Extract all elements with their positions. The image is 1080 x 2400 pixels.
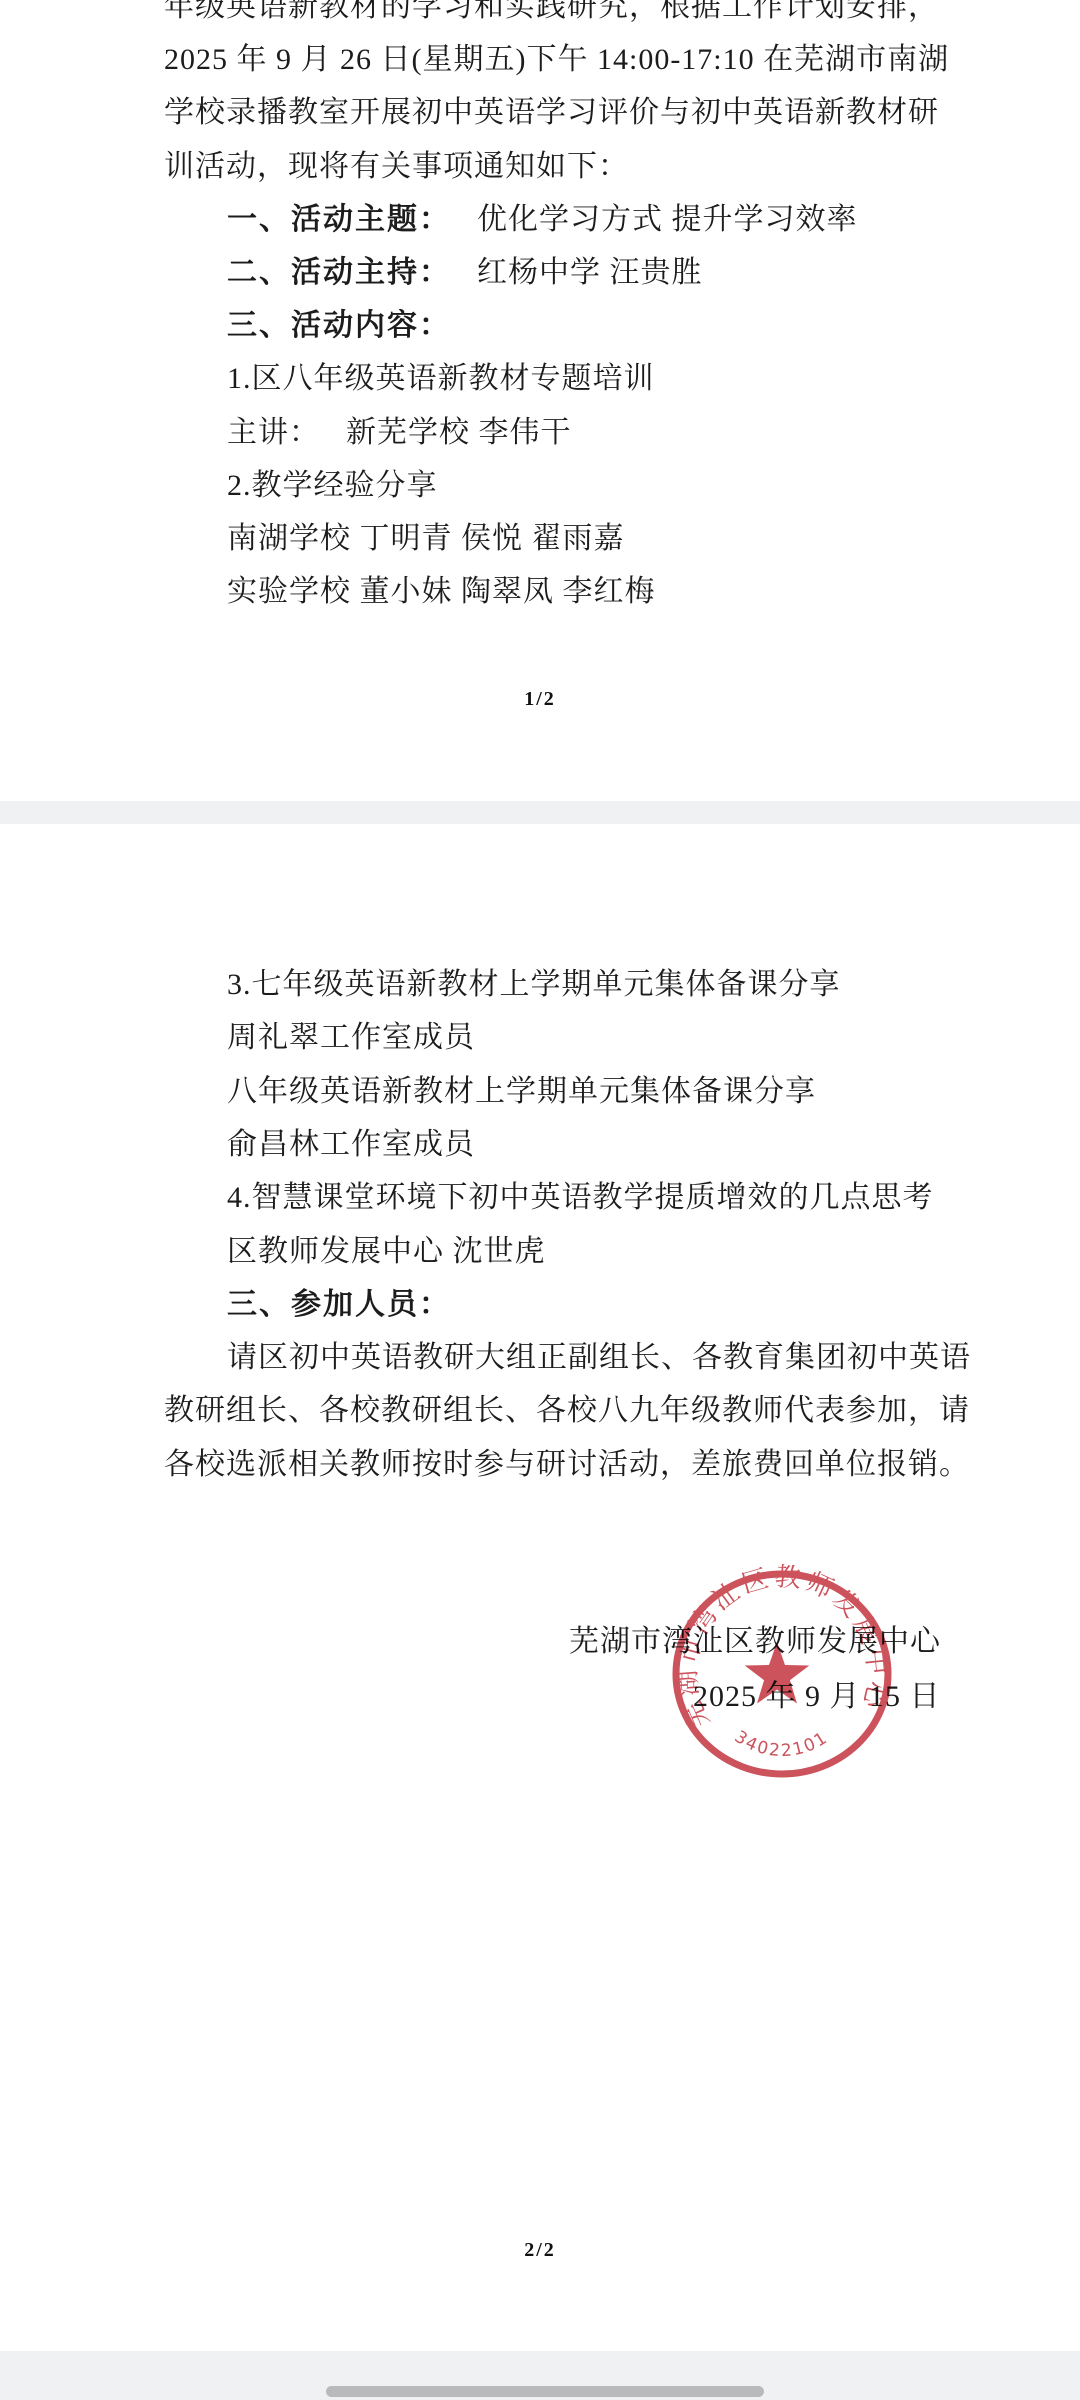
document-line: 请区初中英语教研大组正副组长、各教育集团初中英语 [227, 1331, 971, 1385]
document-line: 二、活动主持：红杨中学 汪贵胜 [227, 246, 703, 300]
document-text: 4.智慧课堂环境下初中英语教学提质增效的几点思考 [227, 1181, 934, 1214]
official-seal-stamp: 芜湖市湾沚区教师发展中心 3402210162633 [662, 1559, 902, 1789]
document-line: 年级英语新教材的学习和实践研究，根据工作计划安排， [164, 0, 939, 34]
document-text-bold: 二、活动主持： [227, 256, 451, 289]
page-1: 年级英语新教材的学习和实践研究，根据工作计划安排，2025 年 9 月 26 日… [0, 0, 1080, 801]
document-text: 2025 年 9 月 26 日(星期五)下午 14:00-17:10 在芜湖市南… [164, 43, 949, 76]
page-2: 3.七年级英语新教材上学期单元集体备课分享周礼翠工作室成员八年级英语新教材上学期… [0, 824, 1080, 2351]
document-text: 教研组长、各校教研组长、各校八九年级教师代表参加，请 [164, 1394, 970, 1427]
document-text: 南湖学校 丁明青 侯悦 翟雨嘉 [227, 522, 625, 555]
document-text: 主讲： [227, 416, 320, 449]
document-text: 各校选派相关教师按时参与研讨活动，差旅费回单位报销。 [164, 1448, 970, 1481]
document-text: 请区初中英语教研大组正副组长、各教育集团初中英语 [227, 1341, 971, 1374]
document-line: 主讲：新芜学校 李伟干 [227, 406, 572, 460]
document-line: 实验学校 董小妹 陶翠凤 李红梅 [227, 565, 656, 619]
document-text-bold: 三、参加人员： [227, 1288, 451, 1321]
document-line: 3.七年级英语新教材上学期单元集体备课分享 [227, 958, 841, 1012]
document-line: 三、活动内容： [227, 299, 451, 353]
document-text-bold: 三、活动内容： [227, 309, 451, 342]
document-text: 周礼翠工作室成员 [227, 1021, 475, 1054]
document-text: 八年级英语新教材上学期单元集体备课分享 [227, 1075, 816, 1108]
document-line: 南湖学校 丁明青 侯悦 翟雨嘉 [227, 512, 625, 566]
document-line: 教研组长、各校教研组长、各校八九年级教师代表参加，请 [164, 1384, 970, 1438]
document-text-bold: 一、活动主题： [227, 203, 451, 236]
seal-star-icon [745, 1642, 810, 1704]
document-line: 2025 年 9 月 26 日(星期五)下午 14:00-17:10 在芜湖市南… [164, 33, 949, 87]
home-indicator[interactable] [326, 2386, 764, 2397]
seal-ring-text: 芜湖市湾沚区教师发展中心 [672, 1562, 892, 1733]
document-text: 新芜学校 李伟干 [346, 416, 572, 449]
document-text: 3.七年级英语新教材上学期单元集体备课分享 [227, 968, 841, 1001]
document-text: 学校录播教室开展初中英语学习评价与初中英语新教材研 [164, 96, 939, 129]
document-text: 红杨中学 汪贵胜 [477, 256, 703, 289]
document-text: 优化学习方式 提升学习效率 [477, 203, 858, 236]
document-line: 2.教学经验分享 [227, 459, 438, 513]
document-line: 三、参加人员： [227, 1278, 451, 1332]
document-line: 周礼翠工作室成员 [227, 1011, 475, 1065]
document-line: 学校录播教室开展初中英语学习评价与初中英语新教材研 [164, 86, 939, 140]
document-text: 1.区八年级英语新教材专题培训 [227, 362, 655, 395]
page-number: 1/2 [0, 688, 1080, 711]
document-text: 2.教学经验分享 [227, 469, 438, 502]
document-line: 区教师发展中心 沈世虎 [227, 1225, 546, 1279]
document-text: 区教师发展中心 沈世虎 [227, 1235, 546, 1268]
document-line: 1.区八年级英语新教材专题培训 [227, 352, 655, 406]
document-line: 4.智慧课堂环境下初中英语教学提质增效的几点思考 [227, 1171, 934, 1225]
document-text: 训活动，现将有关事项通知如下： [164, 150, 629, 183]
document-line: 训活动，现将有关事项通知如下： [164, 140, 629, 194]
document-line: 八年级英语新教材上学期单元集体备课分享 [227, 1065, 816, 1119]
document-text: 实验学校 董小妹 陶翠凤 李红梅 [227, 575, 656, 608]
document-line: 一、活动主题：优化学习方式 提升学习效率 [227, 193, 858, 247]
page-number: 2/2 [0, 2239, 1080, 2262]
document-line: 俞昌林工作室成员 [227, 1118, 475, 1172]
page-break-gap [0, 801, 1080, 824]
document-text: 年级英语新教材的学习和实践研究，根据工作计划安排， [164, 0, 939, 23]
system-navigation-bar [0, 2351, 1080, 2400]
document-line: 各校选派相关教师按时参与研讨活动，差旅费回单位报销。 [164, 1438, 970, 1492]
document-text: 俞昌林工作室成员 [227, 1128, 475, 1161]
